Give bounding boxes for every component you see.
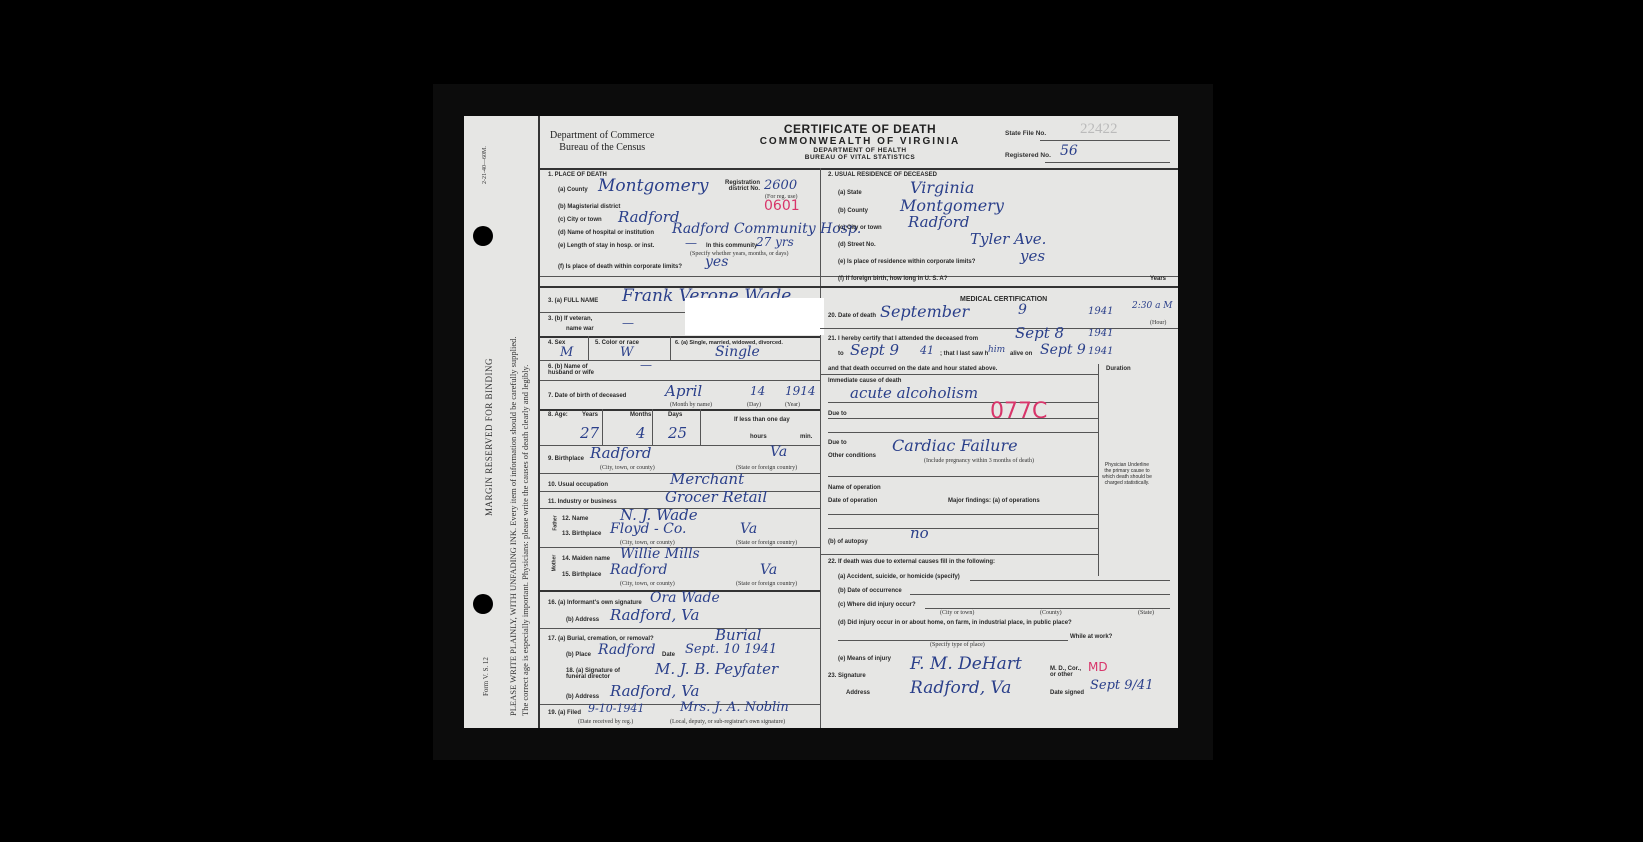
certificate-form: Department of Commerce Bureau of the Cen… bbox=[540, 116, 1178, 728]
instructions-line1: PLEASE WRITE PLAINLY, WITH UNFADING INK.… bbox=[508, 336, 518, 716]
received-caption: (Date received by reg.) bbox=[578, 719, 633, 725]
mother-state-caption: (State or foreign country) bbox=[736, 581, 797, 587]
department: Department of Commerce Bureau of the Cen… bbox=[550, 130, 654, 154]
state-file-label: State File No. bbox=[1005, 130, 1046, 137]
means-label: (e) Means of injury bbox=[838, 656, 891, 662]
hour-caption: (Hour) bbox=[1150, 320, 1166, 326]
immediate-value: acute alcoholism bbox=[850, 384, 978, 402]
filed-label: 19. (a) Filed bbox=[548, 710, 581, 716]
instructions-line2: The correct age is especially important.… bbox=[520, 365, 530, 716]
burial-date-label: Date bbox=[662, 652, 675, 658]
physician-note: Physician Underline the primary cause to… bbox=[1102, 462, 1152, 486]
where-city-caption: (City or town) bbox=[940, 610, 974, 616]
death-certificate: Form V. S. 12 2-21-40—60M. MARGIN RESERV… bbox=[464, 116, 1178, 728]
due-to2-label: Due to bbox=[828, 440, 847, 446]
alive-on-value: Sept 9 bbox=[1040, 342, 1086, 358]
findings-label: Major findings: (a) of operations bbox=[948, 498, 1040, 504]
alive-year: 1941 bbox=[1088, 346, 1113, 357]
director-address-label: (b) Address bbox=[566, 694, 599, 700]
registrar-caption: (Local, deputy, or sub-registrar's own s… bbox=[670, 719, 785, 725]
foreign-label: (f) If foreign birth, how long in U. S. … bbox=[838, 276, 947, 282]
binding-margin: Form V. S. 12 2-21-40—60M. MARGIN RESERV… bbox=[464, 116, 540, 728]
where-label: (c) Where did injury occur? bbox=[838, 602, 916, 608]
years-label: Years bbox=[1150, 276, 1166, 282]
mother-maiden-value: Willie Mills bbox=[620, 546, 700, 562]
res-state-label: (a) State bbox=[838, 190, 862, 196]
other-value: Cardiac Failure bbox=[892, 436, 1018, 455]
father-state-caption: (State or foreign country) bbox=[736, 540, 797, 546]
dob-month: April bbox=[665, 382, 702, 400]
certificate-title: CERTIFICATE OF DEATH COMMONWEALTH OF VIR… bbox=[730, 122, 990, 161]
where-county-caption: (County) bbox=[1040, 610, 1062, 616]
res-corporate-value: yes bbox=[1020, 247, 1045, 265]
to-label: to bbox=[838, 351, 844, 357]
redacted-region bbox=[685, 298, 824, 335]
magisterial-label: (b) Magisterial district bbox=[558, 204, 620, 210]
birthplace-label: 9. Birthplace bbox=[548, 456, 584, 462]
punch-hole-icon bbox=[473, 226, 493, 246]
spouse-label: 6. (b) Name of husband or wife bbox=[548, 364, 608, 376]
father-label: Father bbox=[553, 515, 559, 530]
year-caption: (Year) bbox=[785, 402, 800, 408]
burial-place-label: (b) Place bbox=[566, 652, 591, 658]
county-label: (a) County bbox=[558, 187, 588, 193]
registrar-value: Mrs. J. A. Noblin bbox=[680, 700, 789, 715]
form-number: Form V. S. 12 bbox=[482, 657, 490, 696]
occupation-label: 10. Usual occupation bbox=[548, 482, 608, 488]
veteran-label: 3. (b) If veteran, bbox=[548, 316, 592, 322]
signature-value: F. M. DeHart bbox=[910, 654, 1022, 674]
date-death-day: 9 bbox=[1018, 302, 1027, 318]
attended-to: Sept 9 bbox=[850, 341, 899, 359]
marital-value: Single bbox=[715, 344, 760, 360]
reg-district-value: 2600 bbox=[764, 178, 797, 193]
death-city-value: Radford bbox=[618, 208, 680, 226]
day-caption: (Day) bbox=[747, 402, 761, 408]
attended-from-year: 1941 bbox=[1088, 328, 1113, 339]
attended-from: Sept 8 bbox=[1015, 324, 1064, 342]
work-label: While at work? bbox=[1070, 634, 1112, 640]
cause-code: 077C bbox=[990, 399, 1047, 424]
external-heading: 22. If death was due to external causes … bbox=[828, 559, 995, 565]
state-file-value: 22422 bbox=[1080, 121, 1118, 138]
age-label: 8. Age: bbox=[548, 412, 568, 418]
res-street-value: Tyler Ave. bbox=[970, 230, 1046, 248]
place-type-caption: (Specify type of place) bbox=[930, 642, 985, 648]
res-corporate-label: (e) Is place of residence within corpora… bbox=[838, 259, 975, 265]
accident-label: (a) Accident, suicide, or homicide (spec… bbox=[838, 574, 960, 580]
where-state-caption: (State) bbox=[1138, 610, 1154, 616]
autopsy-value: no bbox=[910, 524, 929, 542]
dob-year: 1914 bbox=[785, 384, 816, 398]
stated-above: and that death occurred on the date and … bbox=[828, 366, 997, 372]
occurrence-label: (b) Date of occurrence bbox=[838, 588, 902, 594]
home-label: (d) Did injury occur in or about home, o… bbox=[838, 620, 1072, 626]
date-signed-value: Sept 9/41 bbox=[1090, 678, 1153, 693]
res-street-label: (d) Street No. bbox=[838, 242, 876, 248]
father-birth-label: 13. Birthplace bbox=[562, 531, 601, 537]
occupation-value: Merchant bbox=[670, 470, 744, 488]
other-label: Other conditions bbox=[828, 453, 876, 459]
registered-label: Registered No. bbox=[1005, 152, 1051, 159]
age-months-label: Months bbox=[630, 412, 651, 418]
informant-address-label: (b) Address bbox=[566, 617, 599, 623]
burial-date-value: Sept. 10 1941 bbox=[685, 642, 777, 657]
sex-value: M bbox=[560, 345, 573, 360]
res-county-label: (b) County bbox=[838, 208, 868, 214]
title: CERTIFICATE OF DEATH bbox=[730, 122, 990, 136]
length-stay-label: (e) Length of stay in hosp. or inst. bbox=[558, 243, 654, 249]
hour-value: 2:30 a M bbox=[1132, 301, 1173, 311]
director-value: M. J. B. Peyfater bbox=[655, 660, 778, 678]
industry-label: 11. Industry or business bbox=[548, 499, 617, 505]
punch-hole-icon bbox=[473, 594, 493, 614]
death-county-value: Montgomery bbox=[598, 176, 708, 196]
dept-line2: Bureau of the Census bbox=[550, 142, 654, 154]
spouse-value: — bbox=[640, 358, 652, 372]
hours-label: hours bbox=[750, 434, 767, 440]
bureau: BUREAU OF VITAL STATISTICS bbox=[730, 154, 990, 161]
alive-on-label: alive on bbox=[1010, 351, 1032, 357]
city-label: (c) City or town bbox=[558, 217, 602, 223]
full-name-label: 3. (a) FULL NAME bbox=[548, 298, 598, 304]
dob-day: 14 bbox=[750, 384, 765, 398]
father-birth-state: Va bbox=[740, 521, 757, 537]
less-than-day-label: If less than one day bbox=[734, 417, 790, 423]
date-signed-label: Date signed bbox=[1050, 690, 1084, 696]
dob-label: 7. Date of birth of deceased bbox=[548, 393, 626, 399]
subtitle: COMMONWEALTH OF VIRGINIA bbox=[730, 136, 990, 147]
race-value: W bbox=[620, 345, 633, 360]
last-saw-label: ; that I last saw h bbox=[940, 351, 988, 357]
md-label: M. D., Cor., or other bbox=[1050, 666, 1084, 678]
mother-birth-label: 15. Birthplace bbox=[562, 572, 601, 578]
filed-value: 9-10-1941 bbox=[588, 702, 644, 715]
res-state-value: Virginia bbox=[910, 178, 974, 197]
due-to-label: Due to bbox=[828, 411, 847, 417]
father-birth-city: Floyd - Co. bbox=[610, 521, 686, 537]
age-years-label: Years bbox=[582, 412, 598, 418]
reg-district-label: Registration district No. bbox=[720, 180, 760, 192]
state-caption: (State or foreign country) bbox=[736, 465, 797, 471]
mother-maiden-label: 14. Maiden name bbox=[562, 556, 610, 562]
mother-birth-state: Va bbox=[760, 562, 777, 578]
father-name-label: 12. Name bbox=[562, 516, 588, 522]
date-death-label: 20. Date of death bbox=[828, 313, 876, 319]
mother-label: Mother bbox=[551, 555, 557, 572]
mother-city-caption: (City, town, or county) bbox=[620, 581, 675, 587]
min-label: min. bbox=[800, 434, 812, 440]
res-city-value: Radford bbox=[908, 213, 970, 231]
physician-address-label: Address bbox=[846, 690, 870, 696]
registered-value: 56 bbox=[1060, 143, 1078, 159]
operation-date-label: Date of operation bbox=[828, 498, 877, 504]
industry-value: Grocer Retail bbox=[665, 488, 767, 506]
birthplace-state: Va bbox=[770, 444, 787, 460]
age-years-value: 27 bbox=[580, 424, 599, 442]
war-label: name war bbox=[566, 326, 594, 332]
autopsy-label: (b) of autopsy bbox=[828, 539, 868, 545]
signature-label: 23. Signature bbox=[828, 673, 866, 679]
length-stay-value: — bbox=[685, 236, 697, 250]
month-caption: (Month by name) bbox=[670, 402, 712, 408]
certificate-header: Department of Commerce Bureau of the Cen… bbox=[540, 116, 1178, 170]
date-death-year: 1941 bbox=[1088, 306, 1113, 317]
death-corporate-value: yes bbox=[705, 254, 728, 270]
date-death-month: September bbox=[880, 302, 969, 321]
informant-address-value: Radford, Va bbox=[610, 606, 699, 624]
duration-label: Duration bbox=[1106, 366, 1131, 372]
last-saw-pronoun: him bbox=[988, 345, 1005, 355]
community-label: In this community bbox=[706, 243, 757, 249]
age-months-value: 4 bbox=[636, 424, 646, 442]
city-caption: (City, town, or county) bbox=[600, 465, 655, 471]
pregnancy-note: (Include pregnancy within 3 months of de… bbox=[924, 458, 1034, 464]
war-value: — bbox=[622, 316, 634, 330]
age-days-value: 25 bbox=[668, 424, 687, 442]
death-corporate-label: (f) Is place of death within corporate l… bbox=[558, 264, 682, 270]
director-address-value: Radford, Va bbox=[610, 682, 699, 700]
binding-note: MARGIN RESERVED FOR BINDING bbox=[484, 358, 494, 516]
reg-code: 0601 bbox=[764, 198, 800, 214]
attended-to-year: 41 bbox=[920, 344, 934, 357]
hospital-label: (d) Name of hospital or institution bbox=[558, 230, 654, 236]
res-city-label: (c) City or town bbox=[838, 225, 882, 231]
medical-heading: MEDICAL CERTIFICATION bbox=[960, 296, 1047, 303]
print-code: 2-21-40—60M. bbox=[482, 146, 488, 184]
age-days-label: Days bbox=[668, 412, 682, 418]
dept-line1: Department of Commerce bbox=[550, 130, 654, 142]
operation-label: Name of operation bbox=[828, 485, 881, 491]
md-value: MD bbox=[1088, 660, 1108, 674]
community-value: 27 yrs bbox=[756, 235, 794, 249]
director-label: 18. (a) Signature of funeral director bbox=[548, 668, 626, 680]
informant-sig-value: Ora Wade bbox=[650, 590, 720, 606]
mother-birth-city: Radford bbox=[610, 562, 667, 578]
birthplace-city: Radford bbox=[590, 444, 652, 462]
physician-address-value: Radford, Va bbox=[910, 678, 1011, 698]
dept-health: DEPARTMENT OF HEALTH bbox=[730, 147, 990, 154]
burial-place-value: Radford bbox=[598, 642, 655, 658]
